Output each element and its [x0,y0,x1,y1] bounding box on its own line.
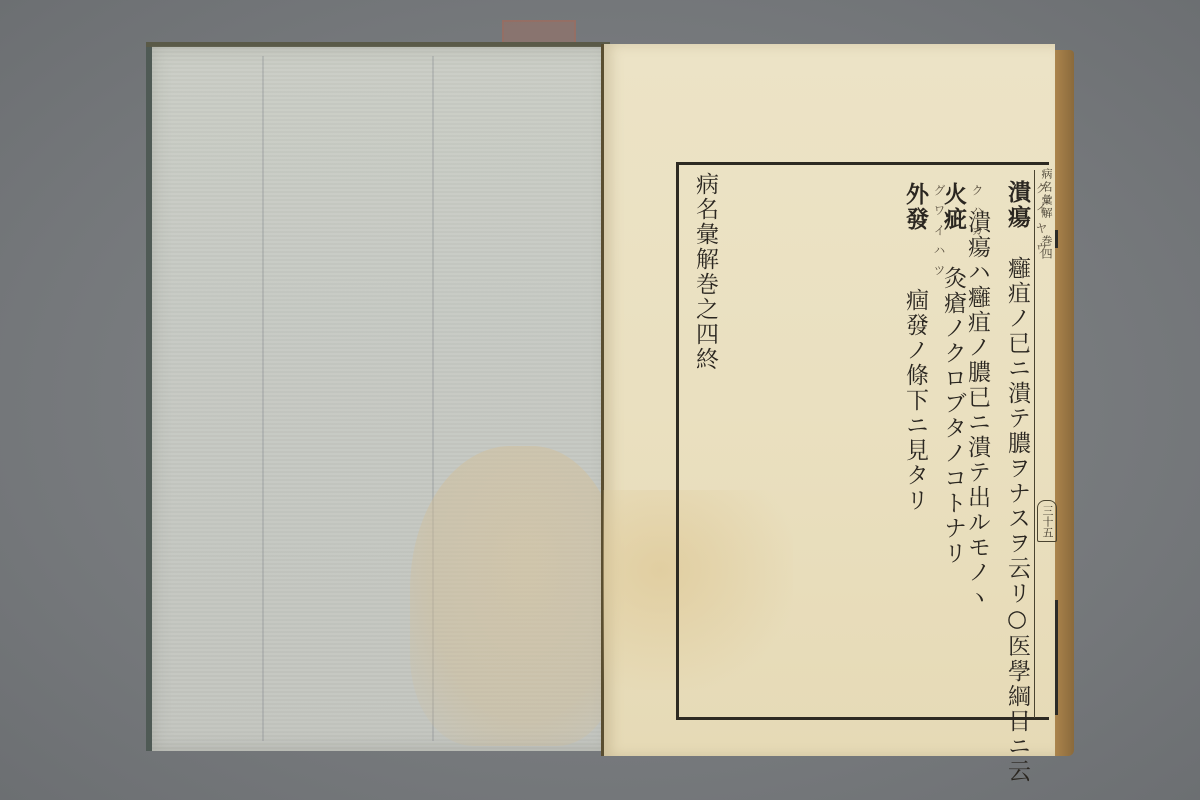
print-border-frame [676,162,1049,720]
volume-end-colophon: 病名彙解巻之四終 [690,172,720,372]
entry-line: 癰疽ノ已ニ潰テ膿ヲナスヲ云リ○医學綱目ニ云 [1002,256,1032,784]
entry-line: 灸瘡ノクロブタノコトナリ [938,266,968,566]
entry-line: 痼發ノ條下ニ見タリ [900,288,930,513]
entry-reading: グワイハツ [924,184,954,284]
page-folio: 三十五 [1037,500,1057,542]
water-stain [410,446,620,746]
entry-reading: クハカ [962,184,992,244]
paper-fold-line [262,56,264,741]
left-page [146,46,610,751]
entry-reading: クイヤウ [1026,182,1056,262]
